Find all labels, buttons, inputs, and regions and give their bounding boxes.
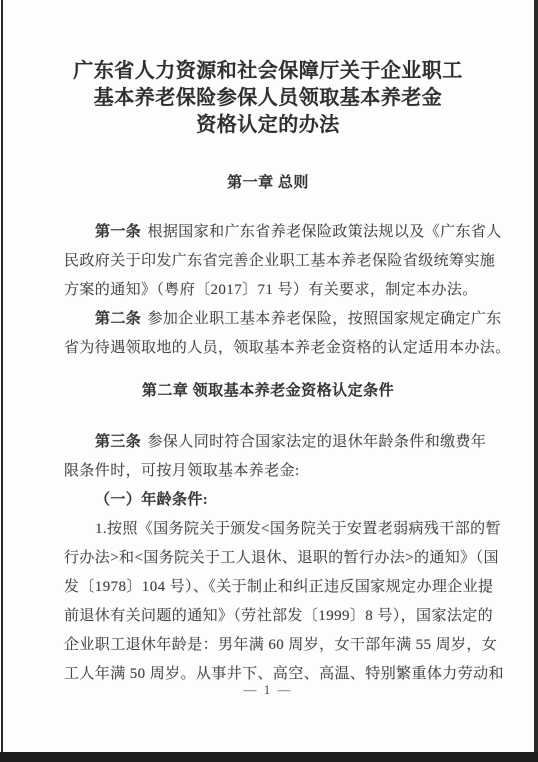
document-title: 广东省人力资源和社会保障厅关于企业职工 基本养老保险参保人员领取基本养老金 资格… — [64, 58, 472, 139]
body-line: 前退休有关问题的通知》（劳社部发〔1999〕8 号），国家法定的 — [64, 602, 472, 631]
bold-lead: 第三条 — [95, 434, 141, 450]
bold-lead: 第一条 — [95, 224, 141, 240]
body-line: 限条件时，可按月领取基本养老金: — [64, 457, 472, 486]
body-line: 省为待遇领取地的人员，领取基本养老金资格的认定适用本办法。 — [64, 334, 472, 363]
chapter-heading: 第二章 领取基本养老金资格认定条件 — [64, 381, 472, 402]
body-line: 发〔1978〕104 号）、《关于制止和纠正违反国家规定办理企业提 — [64, 573, 472, 602]
chapter-heading: 第一章 总则 — [64, 173, 472, 194]
line-text: 行办法>和<国务院关于工人退休、退职的暂行办法>的通知》（国 — [64, 550, 499, 566]
line-text: 参保人同时符合国家法定的退休年龄条件和缴费年 — [148, 434, 487, 450]
bold-lead: （一）年龄条件: — [95, 492, 208, 508]
document-body: 第一章 总则 第一条根据国家和广东省养老保险政策法规以及《广东省人民政府关于印发… — [64, 173, 472, 689]
line-text: 企业职工退休年龄是：男年满 60 周岁，女干部年满 55 周岁，女 — [64, 637, 497, 653]
paragraph-group: 第一条根据国家和广东省养老保险政策法规以及《广东省人民政府关于印发广东省完善企业… — [64, 218, 472, 363]
title-line: 资格认定的办法 — [64, 112, 472, 139]
scan-edge-bottom — [0, 752, 538, 762]
body-line: 第一条根据国家和广东省养老保险政策法规以及《广东省人 — [64, 218, 472, 247]
line-text: 根据国家和广东省养老保险政策法规以及《广东省人 — [148, 224, 502, 240]
line-text: 民政府关于印发广东省完善企业职工基本养老保险省级统筹实施 — [64, 253, 495, 269]
title-line: 广东省人力资源和社会保障厅关于企业职工 — [64, 58, 472, 85]
line-text: 前退休有关问题的通知》（劳社部发〔1999〕8 号），国家法定的 — [64, 608, 493, 624]
line-text: 1.按照《国务院关于颁发<国务院关于安置老弱病残干部的暂 — [95, 521, 501, 537]
body-line: 企业职工退休年龄是：男年满 60 周岁，女干部年满 55 周岁，女 — [64, 631, 472, 660]
body-line: 第二条参加企业职工基本养老保险，按照国家规定确定广东 — [64, 305, 472, 334]
body-line: 第三条参保人同时符合国家法定的退休年龄条件和缴费年 — [64, 428, 472, 457]
body-line: 行办法>和<国务院关于工人退休、退职的暂行办法>的通知》（国 — [64, 544, 472, 573]
body-line: 民政府关于印发广东省完善企业职工基本养老保险省级统筹实施 — [64, 247, 472, 276]
line-text: 方案的通知》（粤府〔2017〕71 号）有关要求，制定本办法。 — [64, 282, 478, 298]
bold-lead: 第二条 — [95, 311, 141, 327]
scanned-document-page: 广东省人力资源和社会保障厅关于企业职工 基本养老保险参保人员领取基本养老金 资格… — [0, 0, 538, 762]
line-text: 发〔1978〕104 号）、《关于制止和纠正违反国家规定办理企业提 — [64, 579, 493, 595]
body-line: （一）年龄条件: — [64, 486, 472, 515]
title-line: 基本养老保险参保人员领取基本养老金 — [64, 85, 472, 112]
body-line: 方案的通知》（粤府〔2017〕71 号）有关要求，制定本办法。 — [64, 276, 472, 305]
body-line: 1.按照《国务院关于颁发<国务院关于安置老弱病残干部的暂 — [64, 515, 472, 544]
paragraph-group: 第三条参保人同时符合国家法定的退休年龄条件和缴费年限条件时，可按月领取基本养老金… — [64, 428, 472, 689]
line-text: 工人年满 50 周岁。从事井下、高空、高温、特别繁重体力劳动和 — [64, 666, 504, 682]
line-text: 限条件时，可按月领取基本养老金: — [64, 463, 300, 479]
page-content: 广东省人力资源和社会保障厅关于企业职工 基本养老保险参保人员领取基本养老金 资格… — [0, 0, 538, 697]
line-text: 参加企业职工基本养老保险，按照国家规定确定广东 — [148, 311, 502, 327]
line-text: 省为待遇领取地的人员，领取基本养老金资格的认定适用本办法。 — [64, 340, 511, 356]
